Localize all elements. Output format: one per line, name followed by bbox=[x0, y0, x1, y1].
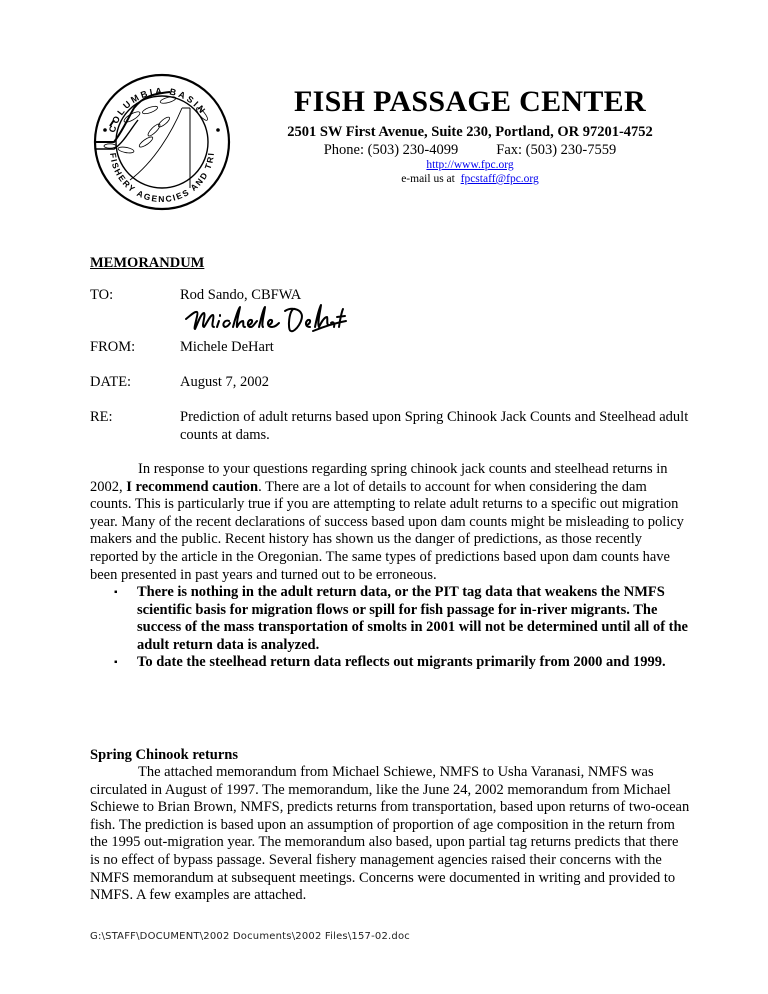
section-paragraph: The attached memorandum from Michael Sch… bbox=[90, 764, 690, 905]
to-value: Rod Sando, CBFWA bbox=[180, 287, 720, 305]
re-value: Prediction of adult returns based upon S… bbox=[180, 409, 695, 444]
columbia-basin-seal-icon: COLUMBIA BASIN FISHERY AGENCIES AND TRIB… bbox=[92, 72, 232, 212]
from-value: Michele DeHart bbox=[180, 339, 720, 357]
email-prefix: e-mail us at bbox=[401, 173, 455, 185]
date-label: DATE: bbox=[90, 374, 131, 391]
organization-address: 2501 SW First Avenue, Suite 230, Portlan… bbox=[260, 123, 680, 141]
memo-page: COLUMBIA BASIN FISHERY AGENCIES AND TRIB… bbox=[0, 0, 768, 994]
section-heading: Spring Chinook returns bbox=[90, 747, 238, 764]
bullet-square-icon: ▪ bbox=[114, 654, 118, 672]
signature-image bbox=[183, 303, 348, 337]
website-link[interactable]: http://www.fpc.org bbox=[426, 159, 513, 171]
file-path-footer: G:\STAFF\DOCUMENT\2002 Documents\2002 Fi… bbox=[90, 931, 410, 942]
memorandum-heading: MEMORANDUM bbox=[90, 255, 204, 272]
contact-phone-fax: Phone: (503) 230-4099Fax: (503) 230-7559 bbox=[260, 141, 680, 159]
intro-paragraph: In response to your questions regarding … bbox=[90, 461, 690, 584]
from-label: FROM: bbox=[90, 339, 135, 356]
list-item: ▪To date the steelhead return data refle… bbox=[90, 654, 690, 672]
fax-number: Fax: (503) 230-7559 bbox=[496, 142, 616, 158]
key-points-list: ▪There is nothing in the adult return da… bbox=[90, 584, 690, 672]
to-label: TO: bbox=[90, 287, 113, 304]
email-link[interactable]: fpcstaff@fpc.org bbox=[461, 173, 539, 185]
website-line: http://www.fpc.org bbox=[260, 158, 680, 172]
list-item: ▪There is nothing in the adult return da… bbox=[90, 584, 690, 654]
date-value: August 7, 2002 bbox=[180, 374, 720, 392]
phone-number: Phone: (503) 230-4099 bbox=[324, 142, 459, 158]
bullet-square-icon: ▪ bbox=[114, 584, 118, 602]
re-label: RE: bbox=[90, 409, 113, 426]
bullet-text: There is nothing in the adult return dat… bbox=[137, 584, 688, 653]
bullet-text: To date the steelhead return data reflec… bbox=[137, 654, 666, 670]
email-line: e-mail us at fpcstaff@fpc.org bbox=[260, 172, 680, 186]
intro-emphasis: I recommend caution bbox=[126, 479, 258, 495]
organization-title: FISH PASSAGE CENTER bbox=[260, 85, 680, 119]
